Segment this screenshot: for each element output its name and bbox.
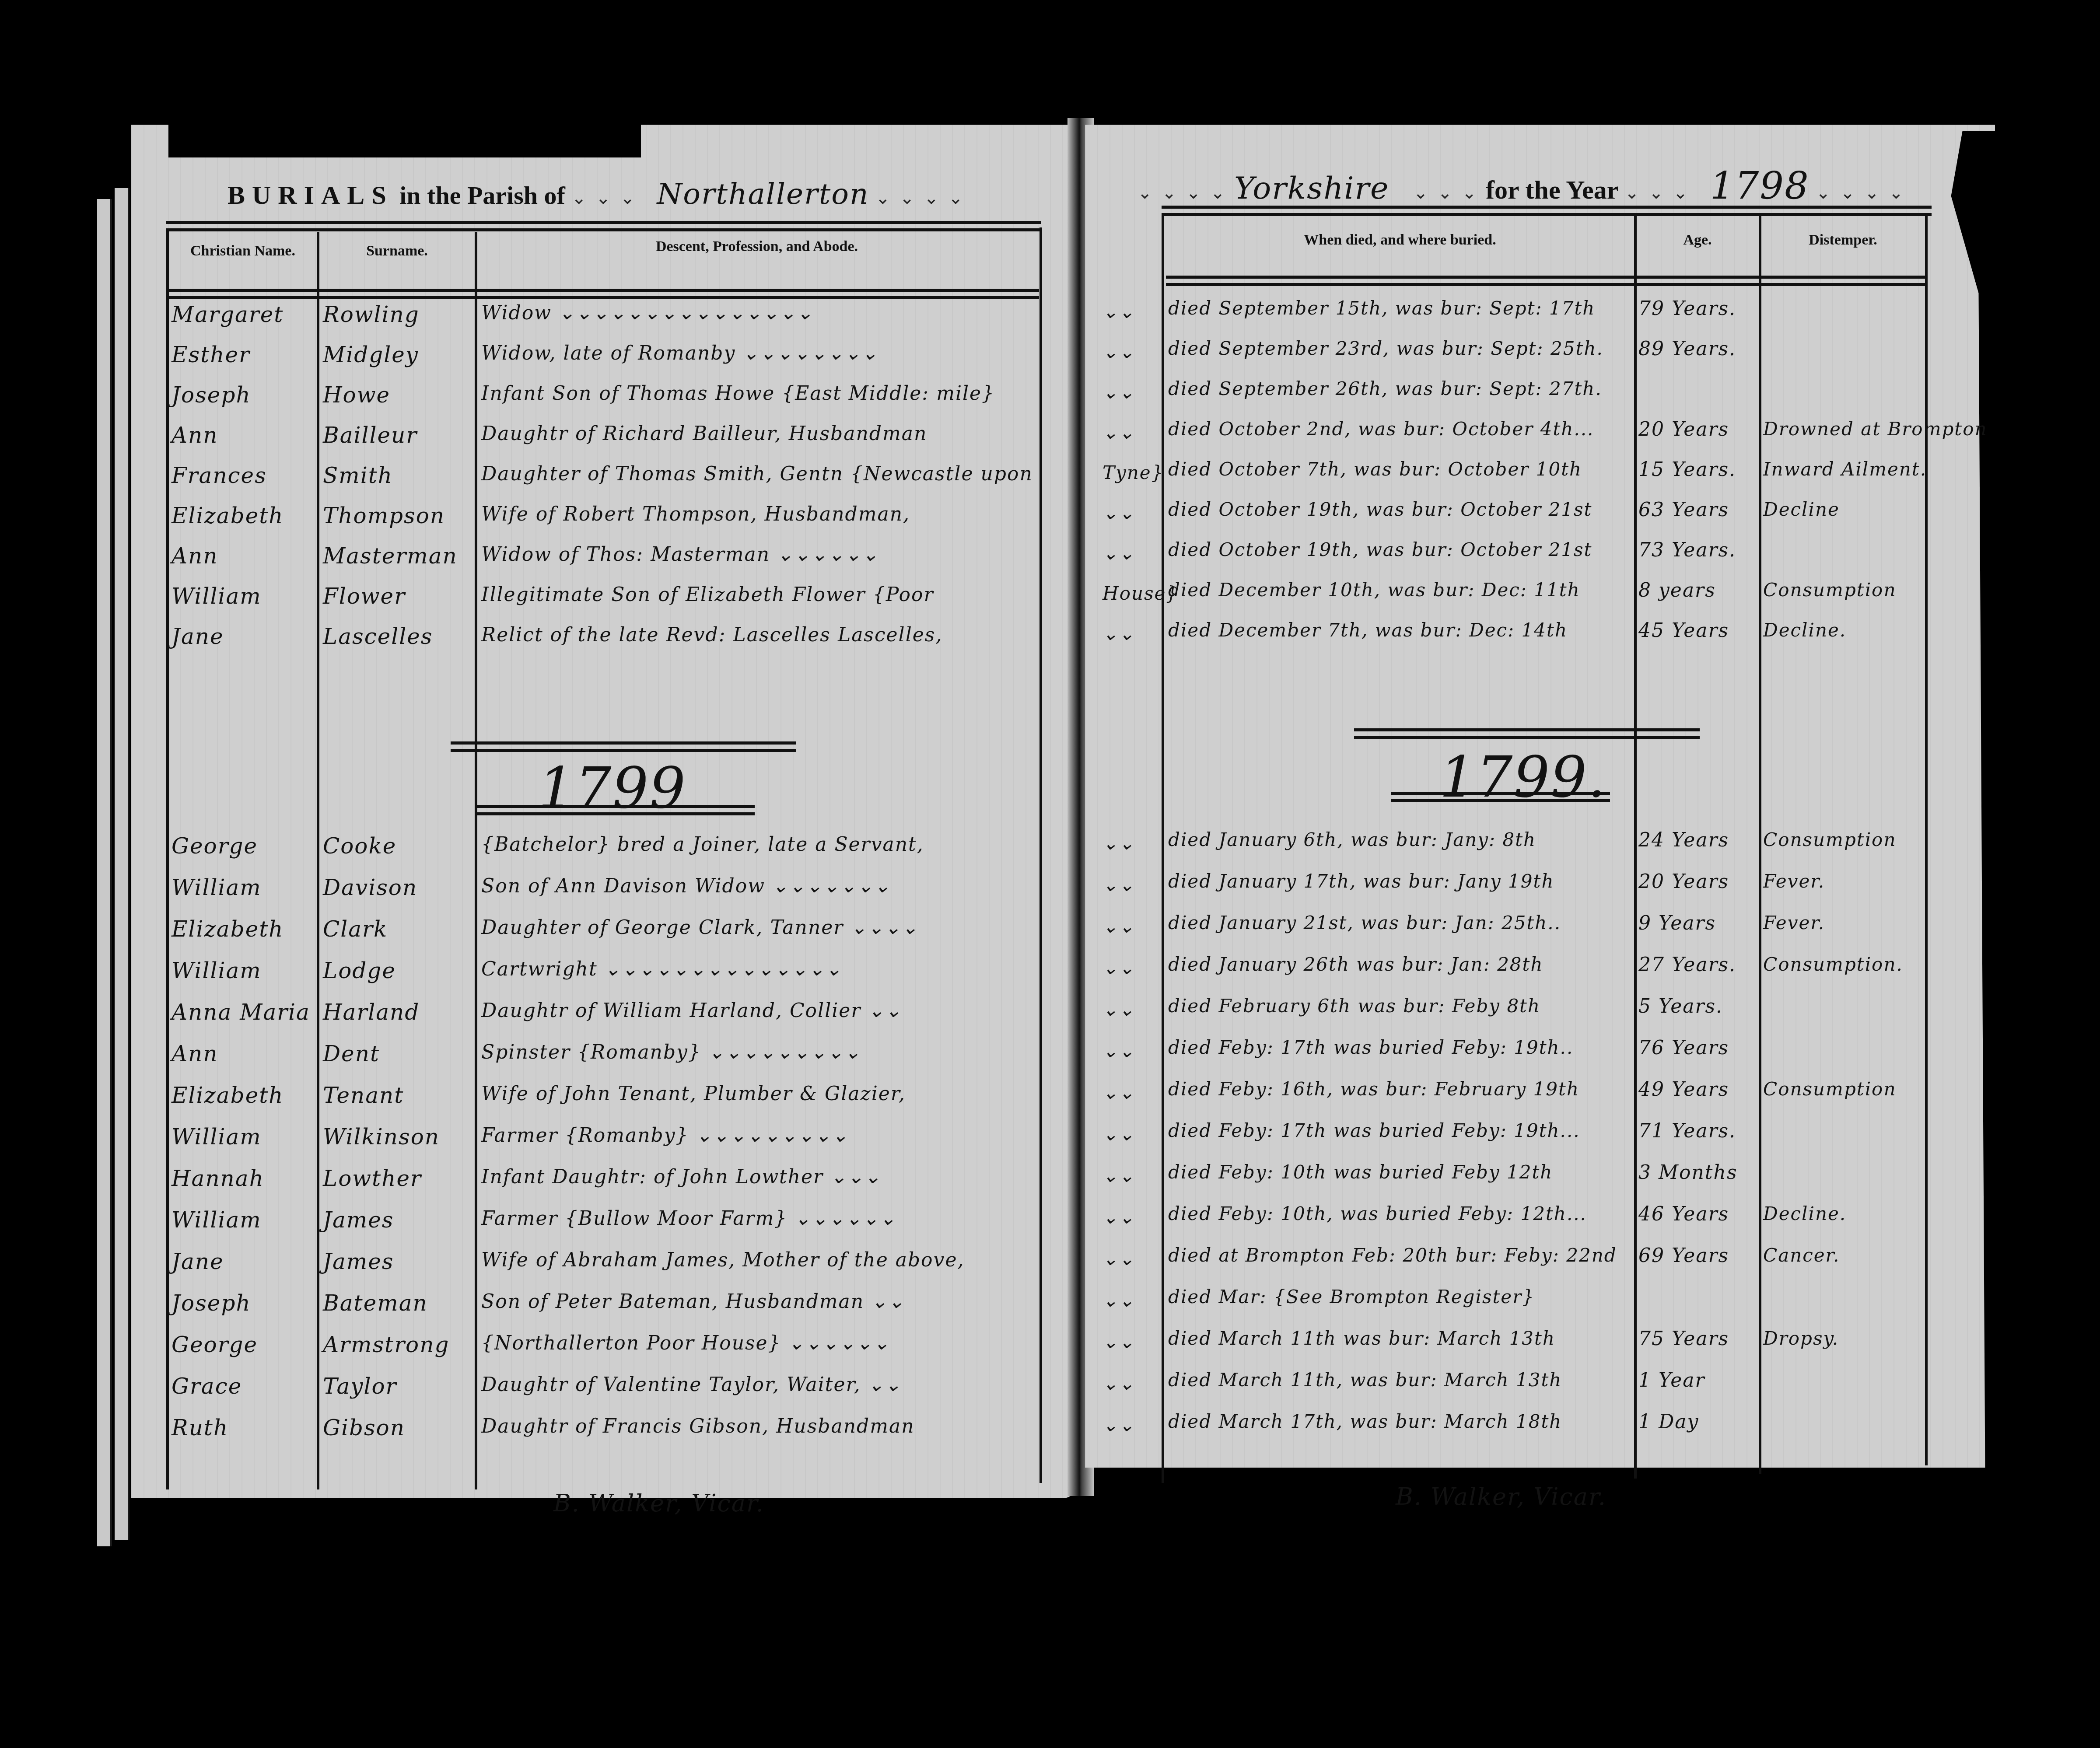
when-died-buried: died January 6th, was bur: Jany: 8th [1168,829,1536,850]
register-entry-right: ⌄⌄died Feby: 17th was buried Feby: 19th.… [0,1120,2100,1159]
fill-mark: ⌄ ⌄ ⌄ ⌄ [1137,183,1228,203]
heading-year-label: for the Year [1486,175,1618,204]
register-entry-right: ⌄⌄died January 17th, was bur: Jany 19th2… [0,871,2100,910]
abode-continuation: ⌄⌄ [1102,1373,1135,1394]
register-entry-right: ⌄⌄died October 19th, was bur: October 21… [0,539,2100,578]
fill-mark: ⌄ ⌄ ⌄ [1414,183,1480,203]
when-died-buried: died October 2nd, was bur: October 4th..… [1168,418,1594,440]
torn-corner [168,118,641,157]
age: 69 Years [1638,1245,1729,1267]
abode-continuation: House} [1102,583,1179,604]
when-died-buried: died Feby: 10th, was buried Feby: 12th..… [1168,1203,1587,1224]
abode-continuation: Tyne} [1102,462,1164,483]
register-entry-right: ⌄⌄died Mar: {See Brompton Register} [0,1286,2100,1325]
when-died-buried: died December 10th, was bur: Dec: 11th [1168,579,1580,601]
register-entry-right: ⌄⌄died at Brompton Feb: 20th bur: Feby: … [0,1245,2100,1284]
abode-continuation: ⌄⌄ [1102,1123,1135,1145]
distemper: Fever. [1763,912,1825,933]
register-entry-right: ⌄⌄died March 17th, was bur: March 18th1 … [0,1411,2100,1450]
column-header-distemper: Distemper. [1761,232,1925,248]
distemper: Consumption [1763,579,1896,601]
distemper: Drowned at Brompton [1763,418,1988,440]
when-died-buried: died October 19th, was bur: October 21st [1168,499,1592,520]
register-scan: BURIALS in the Parish of ⌄ ⌄ ⌄ Northalle… [0,0,2100,1748]
age: 3 Months [1638,1161,1737,1184]
abode-continuation: ⌄⌄ [1102,1165,1135,1186]
register-entry-right: ⌄⌄died Feby: 16th, was bur: February 19t… [0,1078,2100,1118]
age: 46 Years [1638,1203,1729,1225]
when-died-buried: died March 11th was bur: March 13th [1168,1328,1555,1349]
abode-continuation: ⌄⌄ [1102,999,1135,1020]
abode-continuation: ⌄⌄ [1102,1414,1135,1436]
abode-continuation: ⌄⌄ [1102,542,1135,564]
age: 1 Day [1638,1411,1699,1433]
age: 8 years [1638,579,1716,601]
table-top-rule [166,221,1041,231]
register-entry-right: ⌄⌄died January 21st, was bur: Jan: 25th.… [0,912,2100,951]
vicar-signature-left: B. Walker, Vicar. [553,1489,764,1517]
distemper: Cancer. [1763,1245,1840,1266]
register-entry-right: ⌄⌄died October 19th, was bur: October 21… [0,499,2100,538]
when-died-buried: died October 19th, was bur: October 21st [1168,539,1592,560]
column-header-surname: Surname. [319,243,475,259]
abode-continuation: ⌄⌄ [1102,301,1135,322]
age: 20 Years [1638,871,1729,893]
abode-continuation: ⌄⌄ [1102,422,1135,443]
distemper: Decline. [1763,619,1846,641]
fill-mark: ⌄ ⌄ ⌄ ⌄ [875,188,966,208]
abode-continuation: ⌄⌄ [1102,341,1135,363]
register-entry-right: ⌄⌄died October 2nd, was bur: October 4th… [0,418,2100,458]
register-entry-right: ⌄⌄died December 7th, was bur: Dec: 14th4… [0,619,2100,659]
abode-continuation: ⌄⌄ [1102,957,1135,979]
heading-parish-label: in the Parish of [399,181,565,210]
abode-continuation: ⌄⌄ [1102,502,1135,524]
register-entry-right: ⌄⌄died Feby: 17th was buried Feby: 19th.… [0,1037,2100,1076]
register-entry-right: ⌄⌄died Feby: 10th was buried Feby 12th3 … [0,1161,2100,1201]
year-rule-bottom [1391,792,1610,802]
abode-continuation: ⌄⌄ [1102,1331,1135,1353]
right-page-heading: ⌄ ⌄ ⌄ ⌄ Yorkshire ⌄ ⌄ ⌄ for the Year ⌄ ⌄… [1137,164,1906,208]
abode-continuation: ⌄⌄ [1102,916,1135,937]
year-rule-bottom [475,805,755,815]
age: 15 Years. [1638,458,1736,481]
when-died-buried: died September 23rd, was bur: Sept: 25th… [1168,338,1603,359]
fill-mark: ⌄ ⌄ ⌄ [571,188,637,208]
when-died-buried: died February 6th was bur: Feby 8th [1168,995,1540,1017]
distemper: Inward Ailment. [1763,458,1927,480]
fill-mark: ⌄ ⌄ ⌄ ⌄ [1816,183,1906,203]
when-died-buried: died January 26th was bur: Jan: 28th [1168,954,1543,975]
year-rule-top [451,741,796,752]
distemper: Fever. [1763,871,1825,892]
register-entry-right: Tyne}died October 7th, was bur: October … [0,458,2100,498]
when-died-buried: died September 26th, was bur: Sept: 27th… [1168,378,1602,399]
register-entry-right: ⌄⌄died March 11th, was bur: March 13th1 … [0,1369,2100,1409]
fill-mark: ⌄ ⌄ ⌄ [1624,183,1690,203]
abode-continuation: ⌄⌄ [1102,1290,1135,1311]
when-died-buried: died Feby: 17th was buried Feby: 19th... [1168,1120,1580,1141]
when-died-buried: died December 7th, was bur: Dec: 14th [1168,619,1568,641]
age: 1 Year [1638,1369,1705,1391]
age: 71 Years. [1638,1120,1736,1142]
when-died-buried: died Mar: {See Brompton Register} [1168,1286,1535,1308]
register-entry-right: ⌄⌄died February 6th was bur: Feby 8th5 Y… [0,995,2100,1035]
distemper: Consumption [1763,1078,1896,1100]
abode-continuation: ⌄⌄ [1102,381,1135,403]
age: 89 Years. [1638,338,1736,360]
register-entry-right: ⌄⌄died January 6th, was bur: Jany: 8th24… [0,829,2100,868]
register-entry-right: ⌄⌄died March 11th was bur: March 13th75 … [0,1328,2100,1367]
distemper: Consumption [1763,829,1896,850]
abode-continuation: ⌄⌄ [1102,1206,1135,1228]
age: 63 Years [1638,499,1729,521]
abode-continuation: ⌄⌄ [1102,623,1135,644]
age: 9 Years [1638,912,1716,934]
left-page-heading: BURIALS in the Parish of ⌄ ⌄ ⌄ Northalle… [227,177,966,211]
heading-burials: BURIALS [227,181,393,210]
header-bottom-rule [1166,276,1927,286]
column-header-age: Age. [1636,232,1759,248]
register-year: 1798 [1710,164,1809,208]
year-rule-top [1354,728,1700,739]
register-entry-right: ⌄⌄died September 26th, was bur: Sept: 27… [0,378,2100,417]
register-entry-right: ⌄⌄died Feby: 10th, was buried Feby: 12th… [0,1203,2100,1242]
distemper: Decline. [1763,1203,1846,1224]
register-entry-right: ⌄⌄died September 15th, was bur: Sept: 17… [0,297,2100,337]
column-header-when-died: When died, and where buried. [1166,232,1634,248]
distemper: Consumption. [1763,954,1903,975]
when-died-buried: died Feby: 17th was buried Feby: 19th.. [1168,1037,1573,1058]
distemper: Dropsy. [1763,1328,1839,1349]
when-died-buried: died at Brompton Feb: 20th bur: Feby: 22… [1168,1245,1617,1266]
age: 5 Years. [1638,995,1723,1017]
when-died-buried: died September 15th, was bur: Sept: 17th [1168,297,1595,319]
age: 79 Years. [1638,297,1736,320]
abode-continuation: ⌄⌄ [1102,1082,1135,1103]
age: 45 Years [1638,619,1729,642]
age: 27 Years. [1638,954,1736,976]
when-died-buried: died March 11th, was bur: March 13th [1168,1369,1562,1391]
when-died-buried: died March 17th, was bur: March 18th [1168,1411,1562,1432]
age: 49 Years [1638,1078,1729,1101]
table-top-rule [1162,206,1932,216]
abode-continuation: ⌄⌄ [1102,832,1135,854]
when-died-buried: died Feby: 10th was buried Feby 12th [1168,1161,1553,1183]
register-entry-right: House}died December 10th, was bur: Dec: … [0,579,2100,619]
parish-name: Northallerton [657,177,869,211]
when-died-buried: died Feby: 16th, was bur: February 19th [1168,1078,1579,1100]
abode-continuation: ⌄⌄ [1102,874,1135,895]
age: 20 Years [1638,418,1729,440]
age: 76 Years [1638,1037,1729,1059]
age: 24 Years [1638,829,1729,851]
when-died-buried: died January 17th, was bur: Jany 19th [1168,871,1554,892]
when-died-buried: died October 7th, was bur: October 10th [1168,458,1582,480]
age: 73 Years. [1638,539,1736,561]
county-name: Yorkshire [1234,170,1389,206]
abode-continuation: ⌄⌄ [1102,1040,1135,1062]
register-entry-right: ⌄⌄died January 26th was bur: Jan: 28th27… [0,954,2100,993]
distemper: Decline [1763,499,1840,520]
column-header-descent: Descent, Profession, and Abode. [477,238,1037,255]
when-died-buried: died January 21st, was bur: Jan: 25th.. [1168,912,1561,933]
abode-continuation: ⌄⌄ [1102,1248,1135,1269]
column-header-christian-name: Christian Name. [168,243,317,259]
age: 75 Years [1638,1328,1729,1350]
register-entry-right: ⌄⌄died September 23rd, was bur: Sept: 25… [0,338,2100,377]
vicar-signature-right: B. Walker, Vicar. [1396,1483,1606,1510]
